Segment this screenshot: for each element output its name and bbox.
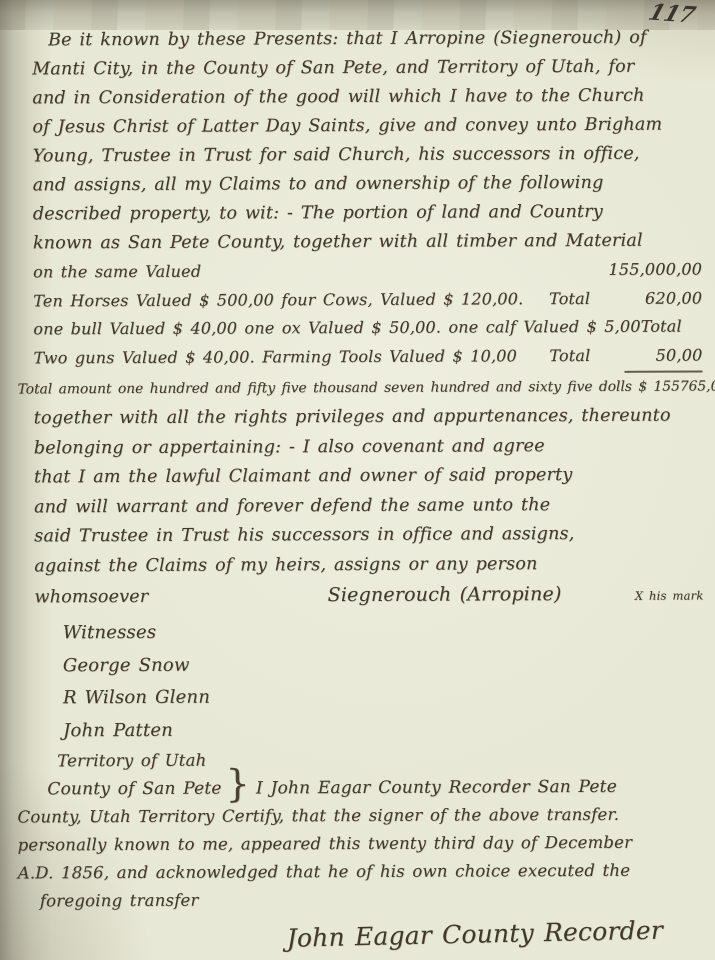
- deed-line: Be it known by these Presents: that I Ar…: [32, 23, 701, 55]
- valuation-text: Two guns Valued $ 40,00. Farming Tools V…: [33, 342, 549, 373]
- valuation-total-label: Total: [549, 341, 590, 370]
- witness-name: R Wilson Glenn: [63, 679, 704, 714]
- grantor-signature: Siegnerouch (Arropine): [148, 579, 631, 611]
- county-line: County of San Pete: [47, 775, 221, 804]
- scanned-deed-page: 117 Be it known by these Presents: that …: [0, 0, 715, 960]
- valuation-amount: 155,000,00: [608, 255, 702, 284]
- witnesses-heading: Witnesses: [63, 614, 704, 649]
- county-row: County of San Pete } I John Eagar County…: [47, 772, 704, 803]
- deed-line: described property, to wit: - The portio…: [33, 197, 702, 229]
- deed-line: and assigns, all my Claims to and owners…: [33, 168, 702, 200]
- territory-line: Territory of Utah: [57, 744, 704, 775]
- total-amount-line: Total amount one hundred and fifty five …: [18, 372, 703, 404]
- valuation-amount: 50,00: [624, 341, 702, 373]
- valuation-text: Ten Horses Valued $ 500,00 four Cows, Va…: [33, 285, 549, 316]
- page-number: 117: [645, 0, 698, 29]
- valuation-total-label: Total: [549, 284, 590, 313]
- valuation-amount: 620,00: [624, 284, 702, 313]
- deed-line: Manti City, in the County of San Pete, a…: [32, 52, 701, 84]
- valuation-row: on the same Valued 155,000,00: [33, 255, 702, 286]
- deed-line: against the Claims of my heirs, assigns …: [34, 549, 703, 581]
- document-body: Be it known by these Presents: that I Ar…: [0, 0, 715, 956]
- witness-block: Witnesses George Snow R Wilson Glenn Joh…: [63, 614, 705, 747]
- valuation-text: one bull Valued $ 40,00 one ox Valued $ …: [33, 313, 640, 344]
- deed-line: said Trustee in Trust his successors in …: [34, 519, 703, 551]
- deed-line: known as San Pete County, together with …: [33, 226, 702, 258]
- witness-name: George Snow: [63, 647, 704, 682]
- deed-line: whomsoever: [34, 582, 148, 612]
- certification-block: Territory of Utah County of San Pete } I…: [35, 744, 705, 955]
- valuation-row: Two guns Valued $ 40,00. Farming Tools V…: [33, 341, 702, 375]
- deed-line: and in Consideration of the good will wh…: [32, 81, 701, 113]
- valuation-row: one bull Valued $ 40,00 one ox Valued $ …: [33, 312, 702, 343]
- certification-line: personally known to me, appeared this tw…: [18, 828, 705, 859]
- deed-line: and will warrant and forever defend the …: [34, 490, 703, 522]
- valuation-row: Ten Horses Valued $ 500,00 four Cows, Va…: [33, 284, 702, 315]
- deed-line: that I am the lawful Claimant and owner …: [34, 460, 703, 492]
- recorder-signature: John Eagar County Recorder: [36, 913, 706, 960]
- grantor-signature-row: whomsoever Siegnerouch (Arropine) X his …: [34, 578, 703, 613]
- deed-line: belonging or appertaining: - I also cove…: [34, 431, 703, 463]
- certification-line: A.D. 1856, and acknowledged that he of h…: [18, 856, 705, 887]
- certification-line: foregoing transfer: [40, 884, 705, 915]
- certification-line: I John Eagar County Recorder San Pete: [256, 773, 617, 803]
- valuation-total-label: Total: [641, 313, 682, 342]
- witness-name: John Patten: [63, 712, 704, 747]
- certification-line: County, Utah Territory Certify, that the…: [17, 800, 704, 831]
- deed-line: of Jesus Christ of Latter Day Saints, gi…: [32, 110, 701, 142]
- deed-line: together with all the rights privileges …: [34, 401, 703, 433]
- grantor-mark: X his mark: [631, 580, 704, 610]
- valuation-text: on the same Valued: [33, 256, 609, 287]
- deed-line: Young, Trustee in Trust for said Church,…: [33, 139, 702, 171]
